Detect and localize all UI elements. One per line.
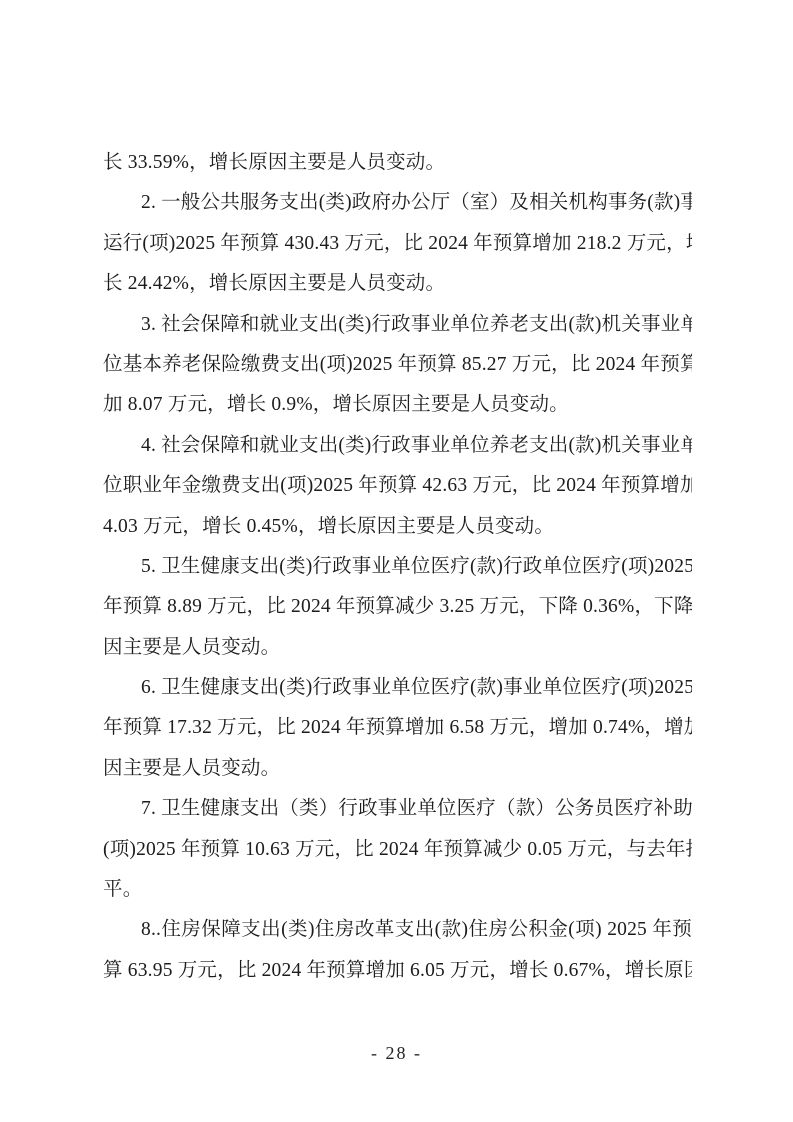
text-line: 长 33.59%，增长原因主要是人员变动。 [103, 143, 692, 183]
text-line: 位基本养老保险缴费支出(项)2025 年预算 85.27 万元，比 2024 年… [103, 345, 692, 385]
text-line: 8..住房保障支出(类)住房改革支出(款)住房公积金(项) 2025 年预 [103, 910, 692, 950]
text-line: 5. 卫生健康支出(类)行政事业单位医疗(款)行政单位医疗(项)2025 [103, 547, 692, 587]
text-line: 位职业年金缴费支出(项)2025 年预算 42.63 万元，比 2024 年预算… [103, 466, 692, 506]
text-line: 6. 卫生健康支出(类)行政事业单位医疗(款)事业单位医疗(项)2025 [103, 668, 692, 708]
body-text-block: 长 33.59%，增长原因主要是人员变动。2. 一般公共服务支出(类)政府办公厅… [103, 143, 692, 991]
text-line: 3. 社会保障和就业支出(类)行政事业单位养老支出(款)机关事业单 [103, 305, 692, 345]
document-page: 长 33.59%，增长原因主要是人员变动。2. 一般公共服务支出(类)政府办公厅… [0, 0, 793, 1122]
text-line: 运行(项)2025 年预算 430.43 万元，比 2024 年预算增加 218… [103, 224, 692, 264]
text-line: 7. 卫生健康支出（类）行政事业单位医疗（款）公务员医疗补助 [103, 789, 692, 829]
text-line: 因主要是人员变动。 [103, 628, 692, 668]
text-line: 4.03 万元，增长 0.45%，增长原因主要是人员变动。 [103, 507, 692, 547]
text-line: 年预算 8.89 万元，比 2024 年预算减少 3.25 万元，下降 0.36… [103, 587, 692, 627]
text-line: 加 8.07 万元，增长 0.9%，增长原因主要是人员变动。 [103, 385, 692, 425]
text-line: 长 24.42%，增长原因主要是人员变动。 [103, 264, 692, 304]
text-line: 因主要是人员变动。 [103, 749, 692, 789]
text-line: 年预算 17.32 万元，比 2024 年预算增加 6.58 万元，增加 0.7… [103, 708, 692, 748]
text-line: 4. 社会保障和就业支出(类)行政事业单位养老支出(款)机关事业单 [103, 426, 692, 466]
text-line: 2. 一般公共服务支出(类)政府办公厅（室）及相关机构事务(款)事业 [103, 183, 692, 223]
text-line: 算 63.95 万元，比 2024 年预算增加 6.05 万元，增长 0.67%… [103, 951, 692, 991]
text-line: (项)2025 年预算 10.63 万元，比 2024 年预算减少 0.05 万… [103, 830, 692, 870]
text-line: 平。 [103, 870, 692, 910]
page-number: - 28 - [0, 1042, 793, 1064]
